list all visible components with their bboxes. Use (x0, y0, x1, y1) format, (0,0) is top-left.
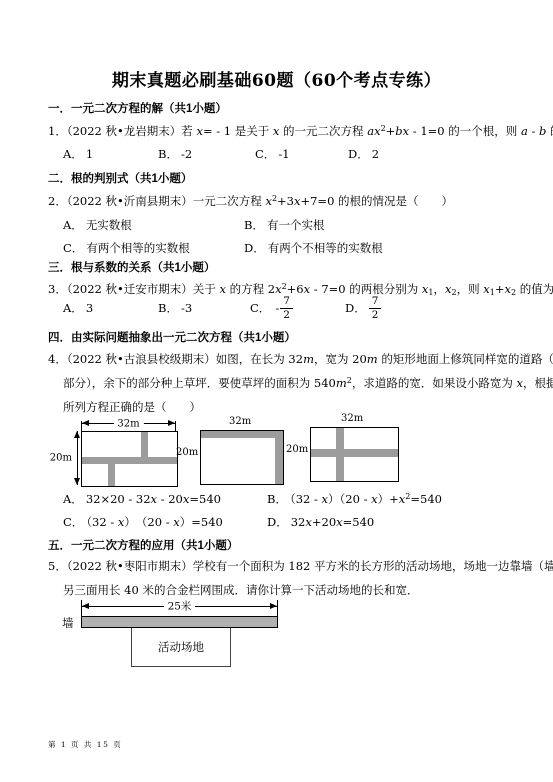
figure-2-width-label: 32m (229, 416, 251, 427)
arrow-up-icon (74, 431, 80, 438)
question-1-option-c: C．-1 (255, 146, 290, 162)
option-value: 有一个实根 (267, 218, 325, 232)
option-value: 1 (86, 147, 93, 161)
fraction: 72 (369, 295, 382, 320)
option-value: （32 - x）（20 - x）+x2=540 (290, 492, 442, 506)
option-value: 32x+20x=540 (291, 515, 375, 529)
option-label: B． (244, 218, 264, 232)
section-heading-4: 四．由实际问题抽象出一元二次方程（共1小题） (48, 329, 296, 345)
option-value: （32 - x） （20 - x）=540 (86, 515, 223, 529)
question-2-option-a: A．无实数根 (63, 217, 132, 233)
option-label: A． (63, 300, 83, 316)
question-2-option-c: C．有两个相等的实数根 (63, 240, 190, 256)
option-label: A． (63, 218, 83, 232)
road-horizontal (311, 449, 398, 457)
question-4-text-line3: 所列方程正确的是（ ） (63, 399, 201, 415)
dimension-line (77, 431, 78, 485)
question-5-text-line2: 另三面用长 40 米的合金栏网围成．请你计算一下活动场地的长和宽． (63, 582, 418, 598)
option-value: 有两个不相等的实数根 (268, 241, 383, 255)
wall-bar (81, 616, 278, 628)
option-label: C． (255, 147, 275, 161)
dimension-label: 25米 (164, 599, 196, 614)
question-1-option-d: D．2 (348, 146, 379, 162)
question-3-option-b: B．-3 (158, 293, 192, 323)
question-5-width-dimension: 25米 (81, 600, 278, 616)
question-3-option-d: D． 72 (345, 293, 381, 323)
option-value: 2 (372, 147, 379, 161)
question-4-option-d: D．32x+20x=540 (267, 514, 374, 530)
section-heading-1: 一．一元二次方程的解（共1小题） (48, 100, 227, 116)
question-4-option-b: B．（32 - x）（20 - x）+x2=540 (267, 491, 442, 507)
dimension-label: 32m (113, 418, 143, 429)
fraction: 72 (280, 295, 293, 320)
question-1-option-a: A．1 (63, 146, 93, 162)
option-label: A． (63, 147, 83, 161)
option-label: C． (63, 241, 83, 255)
option-label: B． (158, 300, 178, 316)
option-label: B． (158, 147, 178, 161)
option-label: D． (244, 241, 265, 255)
option-value: 有两个相等的实数根 (86, 241, 190, 255)
arrow-left-icon (82, 420, 89, 426)
option-value: -1 (278, 147, 289, 161)
figure-3-height-label: 20m (286, 444, 308, 455)
question-4-text-line1: 4．（2022 秋•古浪县校级期末）如图，在长为 32m，宽为 20m 的矩形地… (48, 351, 553, 367)
question-3-option-c: C． - 72 (250, 293, 293, 323)
arrow-left-icon (82, 603, 89, 609)
question-4-text-line2: 部分），余下的部分种上草坪．要使草坪的面积为 540m2，求道路的宽．如果设小路… (63, 375, 553, 391)
arrow-right-icon (168, 420, 175, 426)
question-2-option-d: D．有两个不相等的实数根 (244, 240, 383, 256)
road-right (275, 431, 283, 484)
figure-1-rectangle (81, 431, 178, 487)
road-horizontal (82, 457, 177, 464)
page-title: 期末真题必刷基础60题（60个考点专练） (0, 66, 553, 91)
question-3-option-a: A．3 (63, 293, 93, 323)
road-vertical-lower (108, 464, 115, 486)
section-heading-3: 三．根与系数的关系（共1小题） (48, 259, 215, 275)
question-5-text-line1: 5．（2022 秋•枣阳市期末）学校有一个面积为 182 平方米的长方形的活动场… (48, 558, 553, 574)
option-label: C． (250, 300, 270, 316)
document-page: 期末真题必刷基础60题（60个考点专练） 一．一元二次方程的解（共1小题） 1．… (0, 0, 553, 782)
question-4-option-a: A．32×20 - 32x - 20x=540 (63, 491, 221, 507)
option-value: 3 (86, 301, 93, 315)
question-3-text: 3．（2022 秋•迁安市期末）关于 x 的方程 2x2+6x - 7=0 的两… (48, 281, 553, 297)
option-label: D． (267, 515, 288, 529)
figure-3-rectangle (310, 427, 399, 482)
option-label: A． (63, 492, 83, 506)
option-label: D． (345, 300, 366, 316)
option-label: D． (348, 147, 369, 161)
figure-2-height-label: 20m (176, 447, 198, 458)
section-heading-2: 二．根的判别式（共1小题） (48, 170, 192, 186)
option-label: C． (63, 515, 83, 529)
option-value: -2 (181, 147, 192, 161)
page-footer: 第 1 页 共 15 页 (48, 739, 122, 750)
question-1-text: 1．（2022 秋•龙岩期末）若 x= - 1 是关于 x 的一元二次方程 ax… (48, 123, 553, 139)
option-value: -3 (181, 301, 192, 315)
fraction-denominator: 2 (283, 309, 290, 321)
minus-sign: - (275, 301, 279, 315)
road-top (201, 431, 283, 438)
option-value: 无实数根 (86, 218, 132, 232)
arrow-right-icon (270, 603, 277, 609)
fraction-denominator: 2 (372, 309, 379, 321)
dimension-tick (277, 600, 278, 616)
arrow-down-icon (74, 478, 80, 485)
question-2-option-b: B．有一个实根 (244, 217, 324, 233)
question-1-option-b: B．-2 (158, 146, 192, 162)
question-4-option-c: C．（32 - x） （20 - x）=540 (63, 514, 223, 530)
fraction-numerator: 7 (280, 295, 293, 308)
activity-area-label: 活动场地 (158, 639, 204, 655)
fraction-numerator: 7 (369, 295, 382, 308)
activity-area-box: 活动场地 (131, 628, 231, 667)
figure-3-width-label: 32m (341, 413, 363, 424)
question-2-text: 2．（2022 秋•沂南县期末）一元二次方程 x2+3x+7=0 的根的情况是（… (48, 193, 453, 209)
dimension-label: 20m (50, 453, 72, 464)
section-heading-5: 五．一元二次方程的应用（共1小题） (48, 537, 238, 553)
figure-2-rectangle (200, 430, 284, 485)
road-vertical-upper (141, 432, 148, 457)
figure-1-width-dimension: 32m (81, 420, 176, 428)
option-value: 32×20 - 32x - 20x=540 (86, 492, 221, 506)
wall-label: 墙 (62, 615, 74, 631)
option-label: B． (267, 492, 287, 506)
